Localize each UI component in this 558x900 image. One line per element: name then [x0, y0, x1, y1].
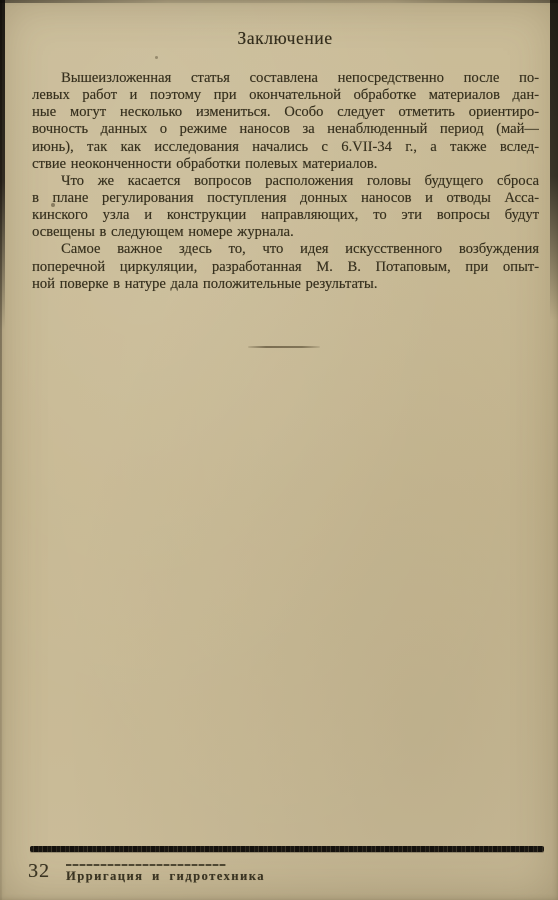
text-line: Что же касается вопросов расположения го…	[32, 173, 539, 190]
text-line: ствие неоконченности обработки полевых м…	[32, 156, 539, 173]
text-line: кинского узла и конструкции направляющих…	[32, 207, 539, 224]
footer-rule	[30, 846, 544, 852]
body-text: Вышеизложенная статья составлена непосре…	[32, 70, 539, 293]
text-line: вочность данных о режиме наносов за нена…	[32, 121, 539, 138]
scan-edge-right	[550, 0, 558, 320]
text-line: Самое важное здесь то, что идея искусств…	[32, 241, 539, 258]
text-line: левых работ и поэтому при окончательной …	[32, 87, 539, 104]
paragraph: Что же касается вопросов расположения го…	[32, 173, 539, 242]
paragraph: Вышеизложенная статья составлена непосре…	[32, 70, 539, 173]
journal-block: Ирригация и гидротехника	[66, 864, 265, 884]
text-line: ной поверке в натуре дала положительные …	[32, 276, 539, 293]
text-line: в плане регулирования поступления донных…	[32, 190, 539, 207]
paper-speck	[51, 203, 55, 207]
scanned-page: Заключение Вышеизложенная статья составл…	[0, 0, 558, 900]
scan-edge-top	[0, 0, 558, 3]
text-line: ные могут несколько измениться. Особо сл…	[32, 104, 539, 121]
journal-rule	[66, 864, 226, 866]
text-line: поперечной циркуляции, разработанная М. …	[32, 259, 539, 276]
text-line: Вышеизложенная статья составлена непосре…	[32, 70, 539, 87]
text-line: июнь), так как исследования начались с 6…	[32, 139, 539, 156]
journal-title: Ирригация и гидротехника	[66, 869, 265, 884]
footer: 32 Ирригация и гидротехника	[28, 858, 538, 884]
page-number: 32	[28, 860, 50, 883]
paragraph: Самое важное здесь то, что идея искусств…	[32, 241, 539, 292]
text-line: освещены в следующем номере журнала.	[32, 224, 539, 241]
section-title: Заключение	[32, 28, 538, 49]
paper-speck	[155, 56, 158, 59]
separator-dash	[248, 346, 320, 348]
scan-edge-left-thin	[0, 0, 2, 900]
